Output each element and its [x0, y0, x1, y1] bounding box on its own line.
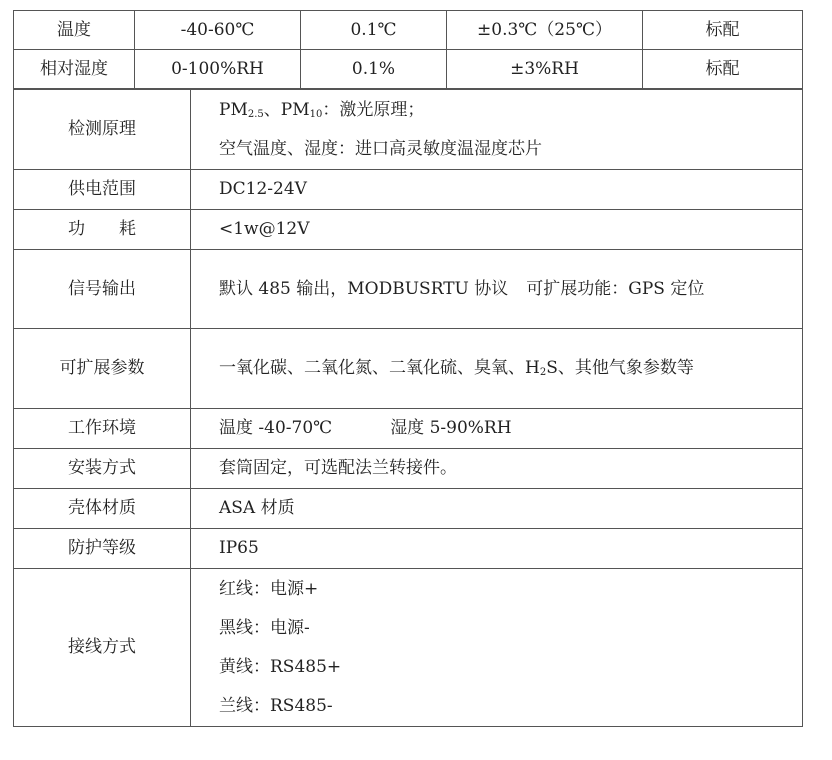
- detection-principle-line-1: PM2.5、PM10：激光原理；: [219, 102, 802, 119]
- table-row-power-consumption: 功耗 <1w@12V: [14, 210, 803, 250]
- pm10-sub: 10: [310, 109, 323, 120]
- config-cell: 标配: [643, 11, 803, 50]
- working-env-label: 工作环境: [14, 409, 191, 449]
- signal-output-label: 信号输出: [14, 250, 191, 329]
- table-row-installation: 安装方式 套筒固定，可选配法兰转接件。: [14, 449, 803, 489]
- range-cell: 0-100%RH: [135, 50, 301, 89]
- resolution-cell: 0.1℃: [301, 11, 447, 50]
- pm25-base: PM: [219, 100, 248, 120]
- expandable-params-value: 一氧化碳、二氧化氮、二氧化硫、臭氧、H2S、其他气象参数等: [191, 329, 803, 409]
- wiring-line-blue: 兰线：RS485-: [219, 698, 802, 715]
- installation-label: 安装方式: [14, 449, 191, 489]
- measurement-table: 温度 -40-60℃ 0.1℃ ±0.3℃（25℃） 标配 相对湿度 0-100…: [13, 10, 803, 89]
- power-consumption-label: 功耗: [14, 210, 191, 250]
- table-row-housing-material: 壳体材质 ASA 材质: [14, 489, 803, 529]
- range-cell: -40-60℃: [135, 11, 301, 50]
- label-char: 耗: [119, 219, 136, 239]
- accuracy-cell: ±0.3℃（25℃）: [447, 11, 643, 50]
- wiring-line-red: 红线：电源+: [219, 581, 802, 598]
- table-row-power-supply: 供电范围 DC12-24V: [14, 170, 803, 210]
- wiring-line-black: 黑线：电源-: [219, 620, 802, 637]
- pm25-sub: 2.5: [248, 109, 264, 120]
- table-row-signal-output: 信号输出 默认 485 输出，MODBUSRTU 协议可扩展功能：GPS 定位: [14, 250, 803, 329]
- installation-value: 套筒固定，可选配法兰转接件。: [191, 449, 803, 489]
- protection-level-label: 防护等级: [14, 529, 191, 569]
- accuracy-cell: ±3%RH: [447, 50, 643, 89]
- pm-principle-text: ：激光原理；: [322, 100, 424, 120]
- pm10-base: PM: [281, 100, 310, 120]
- working-env-value: 温度 -40-70℃湿度 5-90%RH: [191, 409, 803, 449]
- wiring-label: 接线方式: [14, 569, 191, 727]
- parameter-cell: 相对湿度: [14, 50, 135, 89]
- detection-principle-value: PM2.5、PM10：激光原理； 空气温度、湿度：进口高灵敏度温湿度芯片: [191, 90, 803, 170]
- separator: 、: [264, 100, 281, 120]
- table-row-detection-principle: 检测原理 PM2.5、PM10：激光原理； 空气温度、湿度：进口高灵敏度温湿度芯…: [14, 90, 803, 170]
- housing-material-label: 壳体材质: [14, 489, 191, 529]
- wiring-line-yellow: 黄线：RS485+: [219, 659, 802, 676]
- wiring-value: 红线：电源+ 黑线：电源- 黄线：RS485+ 兰线：RS485-: [191, 569, 803, 727]
- expandable-params-text: 一氧化碳、二氧化氮、二氧化硫、臭氧、H: [219, 358, 540, 378]
- parameter-cell: 温度: [14, 11, 135, 50]
- power-supply-value: DC12-24V: [191, 170, 803, 210]
- detection-principle-label: 检测原理: [14, 90, 191, 170]
- power-supply-label: 供电范围: [14, 170, 191, 210]
- spec-table: 检测原理 PM2.5、PM10：激光原理； 空气温度、湿度：进口高灵敏度温湿度芯…: [13, 89, 803, 727]
- table-row-humidity: 相对湿度 0-100%RH 0.1% ±3%RH 标配: [14, 50, 803, 89]
- table-row-working-env: 工作环境 温度 -40-70℃湿度 5-90%RH: [14, 409, 803, 449]
- detection-principle-line-2: 空气温度、湿度：进口高灵敏度温湿度芯片: [219, 141, 802, 158]
- table-row-wiring: 接线方式 红线：电源+ 黑线：电源- 黄线：RS485+ 兰线：RS485-: [14, 569, 803, 727]
- expandable-params-text-rest: S、其他气象参数等: [546, 358, 694, 378]
- working-humidity: 湿度 5-90%RH: [390, 418, 511, 438]
- housing-material-value: ASA 材质: [191, 489, 803, 529]
- power-consumption-value: <1w@12V: [191, 210, 803, 250]
- protection-level-value: IP65: [191, 529, 803, 569]
- table-row-temperature: 温度 -40-60℃ 0.1℃ ±0.3℃（25℃） 标配: [14, 11, 803, 50]
- signal-output-protocol: 默认 485 输出，MODBUSRTU 协议: [219, 279, 508, 299]
- signal-output-extension: 可扩展功能：GPS 定位: [526, 279, 704, 299]
- signal-output-value: 默认 485 输出，MODBUSRTU 协议可扩展功能：GPS 定位: [191, 250, 803, 329]
- resolution-cell: 0.1%: [301, 50, 447, 89]
- table-row-expandable-params: 可扩展参数 一氧化碳、二氧化氮、二氧化硫、臭氧、H2S、其他气象参数等: [14, 329, 803, 409]
- expandable-params-label: 可扩展参数: [14, 329, 191, 409]
- config-cell: 标配: [643, 50, 803, 89]
- label-char: 功: [68, 219, 85, 239]
- working-temp: 温度 -40-70℃: [219, 418, 332, 438]
- table-row-protection-level: 防护等级 IP65: [14, 529, 803, 569]
